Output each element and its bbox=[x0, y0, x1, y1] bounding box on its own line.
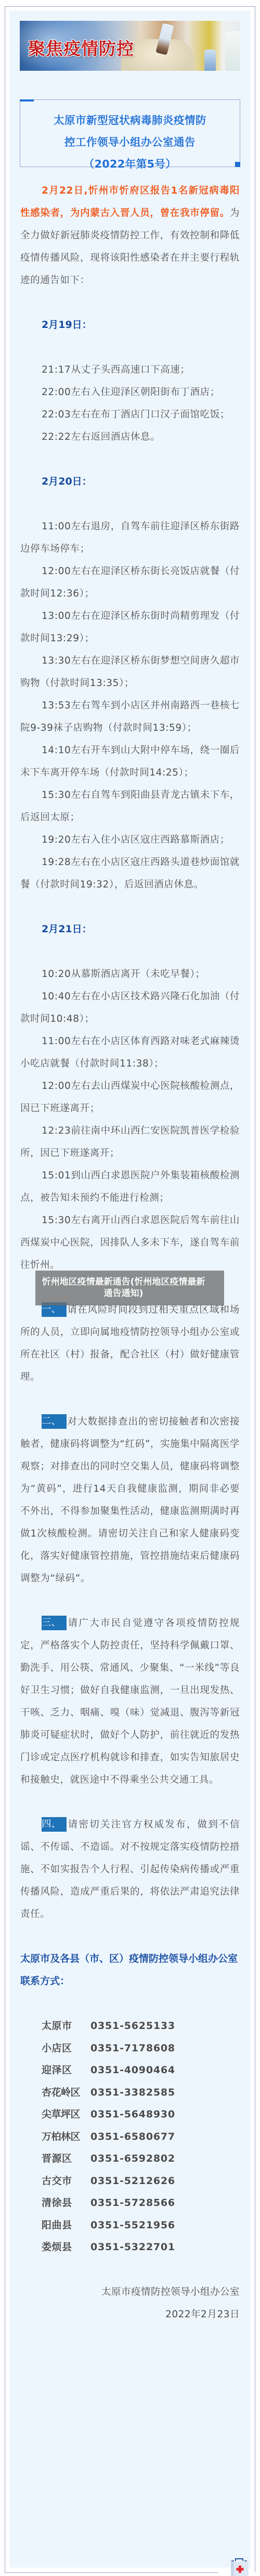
contacts-heading: 太原市及各县（市、区）疫情防控领导小组办公室联系方式： bbox=[20, 1948, 240, 1993]
contact-row: 杏花岭区0351-3382585 bbox=[20, 2082, 240, 2104]
phone-number[interactable]: 0351-5521956 bbox=[90, 2219, 175, 2231]
itinerary-entry: 12:23前往南中环山西仁安医院凯普医学检验所，因已下班遂离开； bbox=[20, 1120, 240, 1164]
article-title-overlay[interactable]: 忻州地区疫情最新通告(忻州地区疫情最新通告通知) bbox=[35, 1271, 224, 1305]
article-body: 2月22日,忻州市忻府区报告1名新冠病毒阳性感染者，为内蒙古入晋人员，曾在我市停… bbox=[20, 180, 240, 2326]
contact-row: 尖草坪区0351-5648930 bbox=[20, 2103, 240, 2126]
itinerary-entry: 19:28左右在小店区寇庄西路头道巷炒面馆就餐（付款时间19:32），后返回酒店… bbox=[20, 851, 240, 896]
frame-bottom-border bbox=[5, 2572, 218, 2573]
phone-number[interactable]: 0351-5625133 bbox=[90, 2020, 175, 2032]
notice-number: （2022年第5号） bbox=[20, 153, 240, 175]
itinerary-entry: 22:00左右入住迎泽区朝阳街布丁酒店； bbox=[20, 381, 240, 403]
contact-row: 小店区0351-7178608 bbox=[20, 2037, 240, 2060]
itinerary-entry: 13:30左右在迎泽区桥东街梦想空间唐久超市购物（付款时间13:35）； bbox=[20, 650, 240, 694]
phone-number[interactable]: 0351-6592802 bbox=[90, 2153, 175, 2164]
notice-title-line-2: 控工作领导小组办公室通告 bbox=[20, 131, 240, 153]
itinerary-entry: 11:00左右退房，自驾车前往迎泽区桥东街路边停车场停车； bbox=[20, 515, 240, 560]
notice-title-box: 太原市新型冠状病毒肺炎疫情防 控工作领导小组办公室通告 （2022年第5号） bbox=[20, 99, 240, 167]
medical-kit-icon bbox=[229, 2558, 250, 2576]
itinerary-entry: 10:40左右在小店区技术路兴隆石化加油（付款时间10:48）； bbox=[20, 985, 240, 1030]
contact-row: 万柏林区0351-6580677 bbox=[20, 2126, 240, 2148]
itinerary-entry: 11:00左右在小店区体育西路对味老式麻辣烫小吃店就餐（付款时间11:38）； bbox=[20, 1030, 240, 1075]
phone-number[interactable]: 0351-5728566 bbox=[90, 2197, 175, 2209]
contact-row: 晋源区0351-6592802 bbox=[20, 2148, 240, 2170]
contact-row: 清徐县0351-5728566 bbox=[20, 2192, 240, 2214]
phone-number[interactable]: 0351-6580677 bbox=[90, 2131, 175, 2142]
phone-number[interactable]: 0351-5648930 bbox=[90, 2109, 175, 2120]
corner-accent-bottom-right bbox=[235, 162, 240, 167]
intro-paragraph: 2月22日,忻州市忻府区报告1名新冠病毒阳性感染者，为内蒙古入晋人员，曾在我市停… bbox=[20, 180, 240, 291]
banner-image: 聚焦疫情防控 bbox=[20, 21, 240, 71]
notice-number-badge: 四、 bbox=[42, 1817, 67, 1832]
itinerary-entry: 19:20左右入住小店区寇庄西路慕斯酒店； bbox=[20, 829, 240, 851]
itinerary-entry: 14:10左右开车到山大附中停车场，绕一圈后未下车离开停车场（付款时间14:25… bbox=[20, 739, 240, 784]
contact-row: 阳曲县0351-5521956 bbox=[20, 2214, 240, 2237]
itinerary-entry: 21:17从丈子头西高速口下高速； bbox=[20, 359, 240, 381]
contact-row: 迎泽区0351-4090464 bbox=[20, 2059, 240, 2082]
phone-number[interactable]: 0351-3382585 bbox=[90, 2087, 175, 2098]
intro-highlight: 2月22日,忻州市忻府区报告1名新冠病毒阳性感染者，为内蒙古入晋人员，曾在我市停… bbox=[20, 185, 240, 219]
itinerary-entry: 13:00左右在迎泽区桥东街时尚精剪理发（付款时间13:29）； bbox=[20, 605, 240, 650]
phone-number[interactable]: 0351-5212626 bbox=[90, 2175, 175, 2187]
signature-date: 2022年2月23日 bbox=[20, 2303, 240, 2326]
banner-caption: 聚焦疫情防控 bbox=[28, 35, 134, 60]
itinerary-entry: 22:22左右返回酒店休息。 bbox=[20, 426, 240, 448]
phone-number[interactable]: 0351-7178608 bbox=[90, 2042, 175, 2054]
contact-row: 太原市0351-5625133 bbox=[20, 2015, 240, 2037]
notice-number-badge: 三、 bbox=[42, 1616, 67, 1630]
itinerary-date-heading: 2月20日： bbox=[20, 471, 240, 493]
notice-item-2: 二、对大数据排查出的密切接触者和次密接触者，健康码将调整为“红码”，实施集中隔离… bbox=[20, 1411, 240, 1590]
notice-item-4: 四、请密切关注官方权威发布，做到不信谣、不传谣、不造谣。对不按规定落实疫情防控措… bbox=[20, 1813, 240, 1925]
signature-org: 太原市疫情防控领导小组办公室 bbox=[20, 2281, 240, 2303]
itinerary-date-heading: 2月21日： bbox=[20, 918, 240, 941]
contact-row: 娄烦县0351-5322701 bbox=[20, 2236, 240, 2258]
phone-number[interactable]: 0351-5322701 bbox=[90, 2241, 175, 2253]
itinerary-entry: 10:20从慕斯酒店离开（未吃早餐）； bbox=[20, 963, 240, 985]
itinerary-entry: 12:00左右去山西煤炭中心医院核酸检测点，因已下班遂离开； bbox=[20, 1075, 240, 1120]
notice-number-badge: 二、 bbox=[42, 1414, 67, 1429]
itinerary-entry: 12:00左右在迎泽区桥东街长亮饭店就餐（付款时间12:36）； bbox=[20, 560, 240, 605]
contact-row: 古交市0351-5212626 bbox=[20, 2170, 240, 2192]
itinerary-entry: 15:30左右离开山西白求恩医院后驾车前往山西煤炭中心医院，因排队人多未下车，遂… bbox=[20, 1209, 240, 1276]
notice-title-line-1: 太原市新型冠状病毒肺炎疫情防 bbox=[20, 109, 240, 131]
itinerary-entry: 22:03左右在布丁酒店门口汉子面馆吃饭； bbox=[20, 403, 240, 426]
phone-number[interactable]: 0351-4090464 bbox=[90, 2064, 175, 2076]
itinerary-entry: 13:53左右驾车到小店区并州南路西一巷核七院9-39袜子店购物（付款时间13:… bbox=[20, 694, 240, 739]
notice-item-1: 一、请在风险时间段到过相关重点区域和场所的人员，立即向属地疫情防控领导小组办公室… bbox=[20, 1299, 240, 1388]
notice-item-3: 三、请广大市民自觉遵守各项疫情防控规定，严格落实个人防控责任，坚持科学佩戴口罩、… bbox=[20, 1612, 240, 1791]
itinerary-date-heading: 2月19日： bbox=[20, 314, 240, 336]
itinerary-entry: 15:01到山西白求恩医院户外集装箱核酸检测点，被告知未预约不能进行检测； bbox=[20, 1164, 240, 1209]
corner-accent-top-left bbox=[20, 99, 34, 101]
itinerary-entry: 15:30左右自驾车到阳曲县青龙古镇未下车，后返回太原； bbox=[20, 784, 240, 829]
intro-text: 为全力做好新冠肺炎疫情防控工作，有效控制和降低疫情传播风险，现将该阳性感染者在并… bbox=[20, 208, 240, 286]
